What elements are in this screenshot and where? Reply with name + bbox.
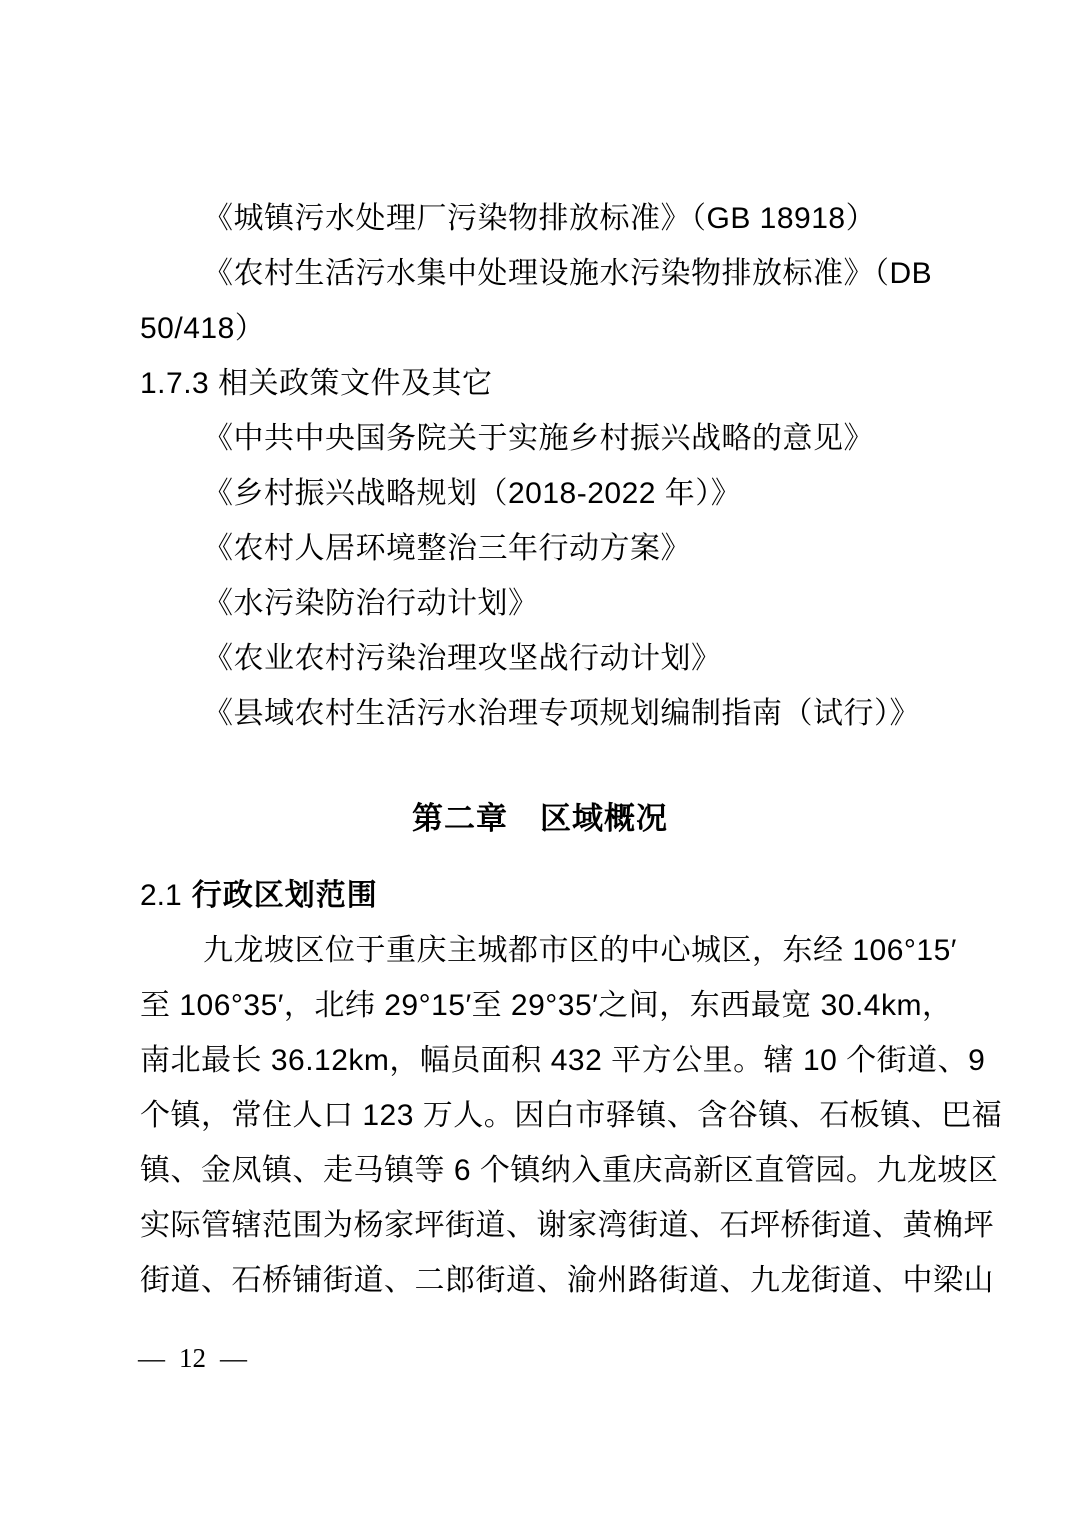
- policy-line: 《农村人居环境整治三年行动方案》: [140, 521, 940, 576]
- footer-page-number: 12: [179, 1338, 206, 1378]
- policy-line: 《乡村振兴战略规划（2018-2022 年）》: [140, 466, 940, 521]
- paragraph-line: 南北最长 36.12km，幅员面积 432 平方公里。辖 10 个街道、9: [140, 1033, 940, 1088]
- reference-line-continuation: 50/418）: [140, 301, 940, 356]
- section-heading-2-1: 2.1行政区划范围: [140, 868, 940, 923]
- paragraph-line: 镇、金凤镇、走马镇等 6 个镇纳入重庆高新区直管园。九龙坡区: [140, 1143, 940, 1198]
- section-title: 行政区划范围: [192, 879, 378, 912]
- policy-line: 《中共中央国务院关于实施乡村振兴战略的意见》: [140, 411, 940, 466]
- paragraph-line: 实际管辖范围为杨家坪街道、谢家湾街道、石坪桥街道、黄桷坪: [140, 1198, 940, 1253]
- subsection-heading-1-7-3: 1.7.3 相关政策文件及其它: [140, 356, 940, 411]
- policy-line: 《水污染防治行动计划》: [140, 576, 940, 631]
- paragraph-line: 街道、石桥铺街道、二郎街道、渝州路街道、九龙街道、中梁山: [140, 1253, 940, 1308]
- paragraph-line: 个镇，常住人口 123 万人。因白市驿镇、含谷镇、石板镇、巴福: [140, 1088, 940, 1143]
- document-page: 《城镇污水处理厂污染物排放标准》（GB 18918） 《农村生活污水集中处理设施…: [0, 0, 1074, 1520]
- page-footer: — 12 —: [138, 1338, 247, 1378]
- reference-line: 《农村生活污水集中处理设施水污染物排放标准》（DB: [140, 246, 940, 301]
- footer-dash-right: —: [220, 1338, 247, 1378]
- paragraph-line: 至 106°35′，北纬 29°15′至 29°35′之间，东西最宽 30.4k…: [140, 978, 940, 1033]
- section-number: 2.1: [140, 879, 182, 912]
- chapter-title: 第二章 区域概况: [140, 791, 940, 846]
- content-area: 《城镇污水处理厂污染物排放标准》（GB 18918） 《农村生活污水集中处理设施…: [140, 191, 940, 1308]
- policy-line: 《农业农村污染治理攻坚战行动计划》: [140, 631, 940, 686]
- reference-line: 《城镇污水处理厂污染物排放标准》（GB 18918）: [140, 191, 940, 246]
- footer-dash-left: —: [138, 1338, 165, 1378]
- policy-line: 《县域农村生活污水治理专项规划编制指南（试行）》: [140, 686, 940, 741]
- paragraph-line: 九龙坡区位于重庆主城都市区的中心城区，东经 106°15′: [140, 923, 940, 978]
